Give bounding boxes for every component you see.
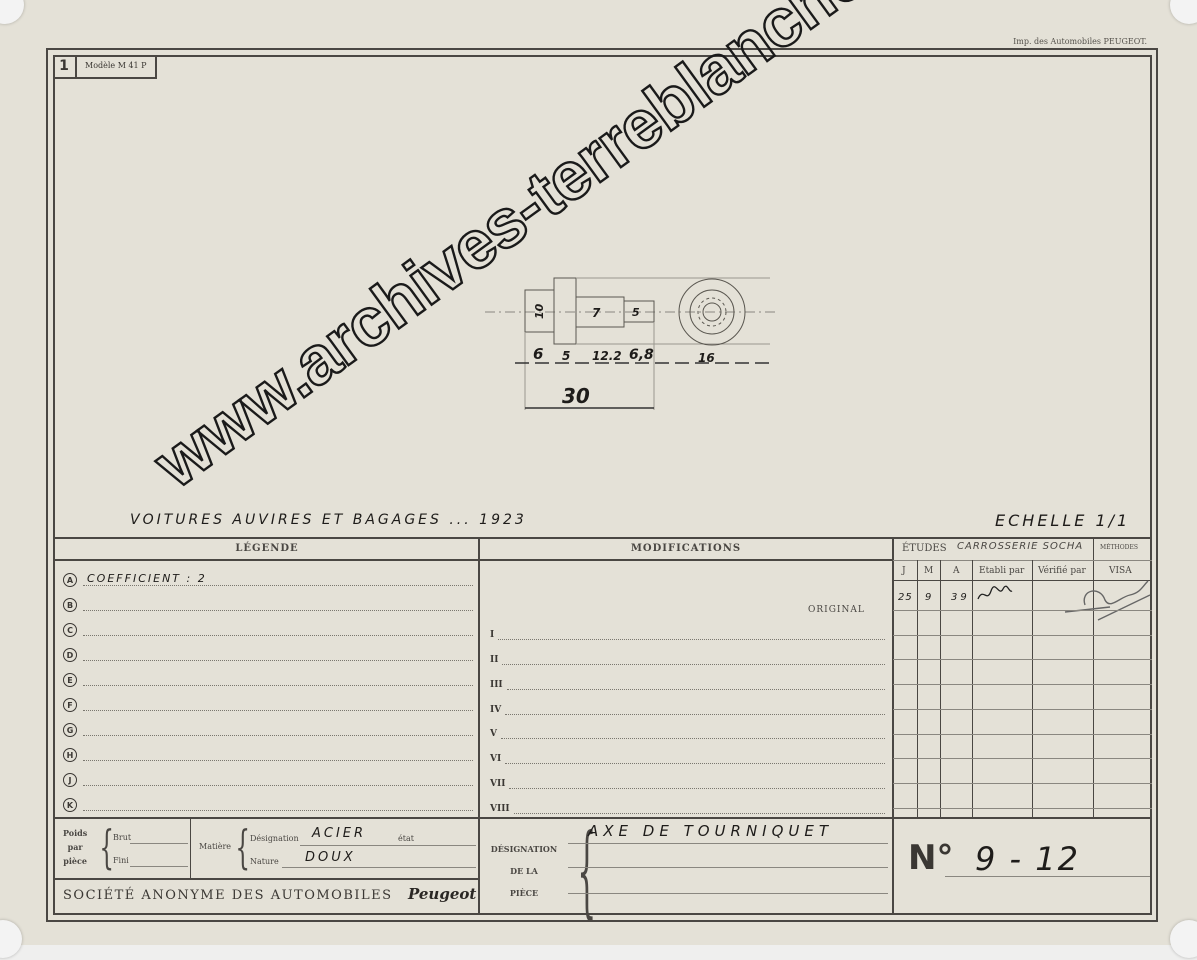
legend-header: LÉGENDE	[55, 543, 479, 554]
weight-label-line: par	[63, 840, 87, 854]
entry-month: 9	[925, 592, 934, 603]
modifications-divider	[892, 538, 894, 914]
legend-letter-g: G	[63, 723, 77, 737]
original-label: ORIGINAL	[808, 605, 865, 615]
modification-row: VI	[490, 746, 885, 764]
fini-field	[130, 866, 188, 867]
peugeot-logo: Peugeot	[408, 885, 476, 903]
etabli-signature	[975, 583, 1015, 605]
legend-row: E	[63, 670, 473, 690]
modification-index: VIII	[490, 804, 510, 814]
legend-row: F	[63, 695, 473, 715]
legend-row: H	[63, 745, 473, 765]
model-name: Modèle M 41 P	[77, 55, 155, 77]
designation-field	[300, 845, 476, 846]
dim-length-6-8: 6,8	[629, 347, 654, 363]
entry-year: 39	[951, 592, 970, 603]
brut-label: Brut	[113, 833, 131, 842]
modification-row: I	[490, 622, 885, 640]
modification-index: II	[490, 655, 498, 665]
part-label: DÉSIGNATION DE LA PIÈCE	[488, 838, 560, 904]
col-divider	[940, 560, 941, 818]
legend-letter-k: K	[63, 798, 77, 812]
number-line	[945, 876, 1150, 877]
legend-row: C	[63, 620, 473, 640]
designation-line	[568, 893, 888, 894]
designation-label: Désignation	[250, 834, 299, 843]
legend-letter-d: D	[63, 648, 77, 662]
col-etabli-par: Etabli par	[979, 566, 1024, 576]
studies-department: CARROSSERIE SOCHA	[957, 541, 1083, 552]
modification-index: V	[490, 729, 497, 739]
legend-row: B	[63, 595, 473, 615]
legend-divider	[478, 538, 480, 914]
model-box: 1 Modèle M 41 P	[53, 55, 157, 79]
title-block-top-rule	[55, 537, 1151, 539]
modification-row: VIII	[490, 796, 885, 814]
col-divider	[972, 560, 973, 818]
designation-value: ACIER	[312, 826, 366, 841]
company-name: SOCIÉTÉ ANONYME DES AUTOMOBILES	[63, 888, 393, 903]
printer-imprint: Imp. des Automobiles PEUGEOT.	[1013, 37, 1147, 46]
modification-row: II	[490, 647, 885, 665]
dim-length-12-2: 12.2	[592, 349, 622, 363]
brace-icon: {	[235, 820, 250, 874]
company-rule	[55, 878, 479, 880]
modification-row: VII	[490, 771, 885, 789]
legend-text: COEFFICIENT : 2	[87, 572, 207, 585]
dim-diameter-7: 7	[592, 306, 601, 320]
legend-row: ACOEFFICIENT : 2	[63, 570, 473, 590]
nature-label: Nature	[250, 857, 279, 866]
col-day: J	[902, 566, 906, 576]
header-rule	[55, 559, 893, 561]
weight-label-line: pièce	[63, 854, 87, 868]
dim-length-6: 6	[533, 345, 543, 363]
modification-index: IV	[490, 705, 501, 715]
entry-day: 25	[898, 592, 913, 603]
studies-rule	[893, 560, 1152, 561]
footer-rule	[55, 817, 1151, 819]
col-divider	[917, 560, 918, 818]
scale-label: ECHELLE 1/1	[995, 511, 1130, 530]
legend-letter-j: J	[63, 773, 77, 787]
dim-diameter-10: 10	[533, 303, 546, 319]
legend-letter-e: E	[63, 673, 77, 687]
brut-field	[130, 843, 188, 844]
modification-index: III	[490, 680, 503, 690]
legend-letter-c: C	[63, 623, 77, 637]
sheet-number: 1	[53, 55, 77, 77]
modification-row: III	[490, 672, 885, 690]
part-label-line: DE LA	[488, 860, 560, 882]
visa-signature	[1060, 575, 1155, 625]
brace-icon: {	[99, 820, 114, 874]
modification-index: I	[490, 630, 494, 640]
legend-row: G	[63, 720, 473, 740]
col-month: M	[924, 566, 933, 576]
technical-drawing: 10 7 5 6 5 12.2 6,8 16 30	[480, 270, 780, 420]
part-label-line: PIÈCE	[488, 882, 560, 904]
weight-divider	[190, 818, 191, 878]
legend-row: D	[63, 645, 473, 665]
dim-total-30: 30	[562, 384, 590, 408]
weight-label: Poids par pièce	[63, 826, 87, 868]
nature-value: DOUX	[305, 850, 356, 865]
weight-label-line: Poids	[63, 826, 87, 840]
material-label: Matière	[199, 842, 231, 851]
fini-label: Fini	[113, 856, 129, 865]
studies-label: ÉTUDES	[902, 543, 947, 554]
legend-letter-a: A	[63, 573, 77, 587]
legend-letter-b: B	[63, 598, 77, 612]
number-prefix: N°	[908, 838, 953, 878]
dim-circle-16: 16	[698, 351, 715, 365]
modifications-header: MODIFICATIONS	[480, 543, 892, 554]
modification-row: V	[490, 721, 885, 739]
legend-letter-f: F	[63, 698, 77, 712]
designation-line	[568, 867, 888, 868]
methods-label: MÉTHODES	[1100, 544, 1138, 551]
part-label-line: DÉSIGNATION	[488, 838, 560, 860]
modification-index: VII	[490, 779, 505, 789]
modification-index: VI	[490, 754, 501, 764]
col-year: A	[953, 566, 960, 576]
etat-label: état	[398, 834, 414, 843]
dim-length-5: 5	[562, 349, 570, 363]
col-divider	[1032, 560, 1033, 818]
part-designation: AXE DE TOURNIQUET	[588, 822, 833, 840]
legend-letter-h: H	[63, 748, 77, 762]
dim-diameter-5: 5	[632, 306, 640, 319]
designation-line	[568, 843, 888, 844]
legend-row: K	[63, 795, 473, 815]
vehicle-title: VOITURES AUVIRES ET BAGAGES ... 1923	[130, 512, 527, 528]
modification-row: IV	[490, 697, 885, 715]
drawing-number: 9 - 12	[975, 840, 1080, 878]
legend-row: J	[63, 770, 473, 790]
nature-field	[282, 867, 476, 868]
scan-background	[0, 945, 1197, 960]
